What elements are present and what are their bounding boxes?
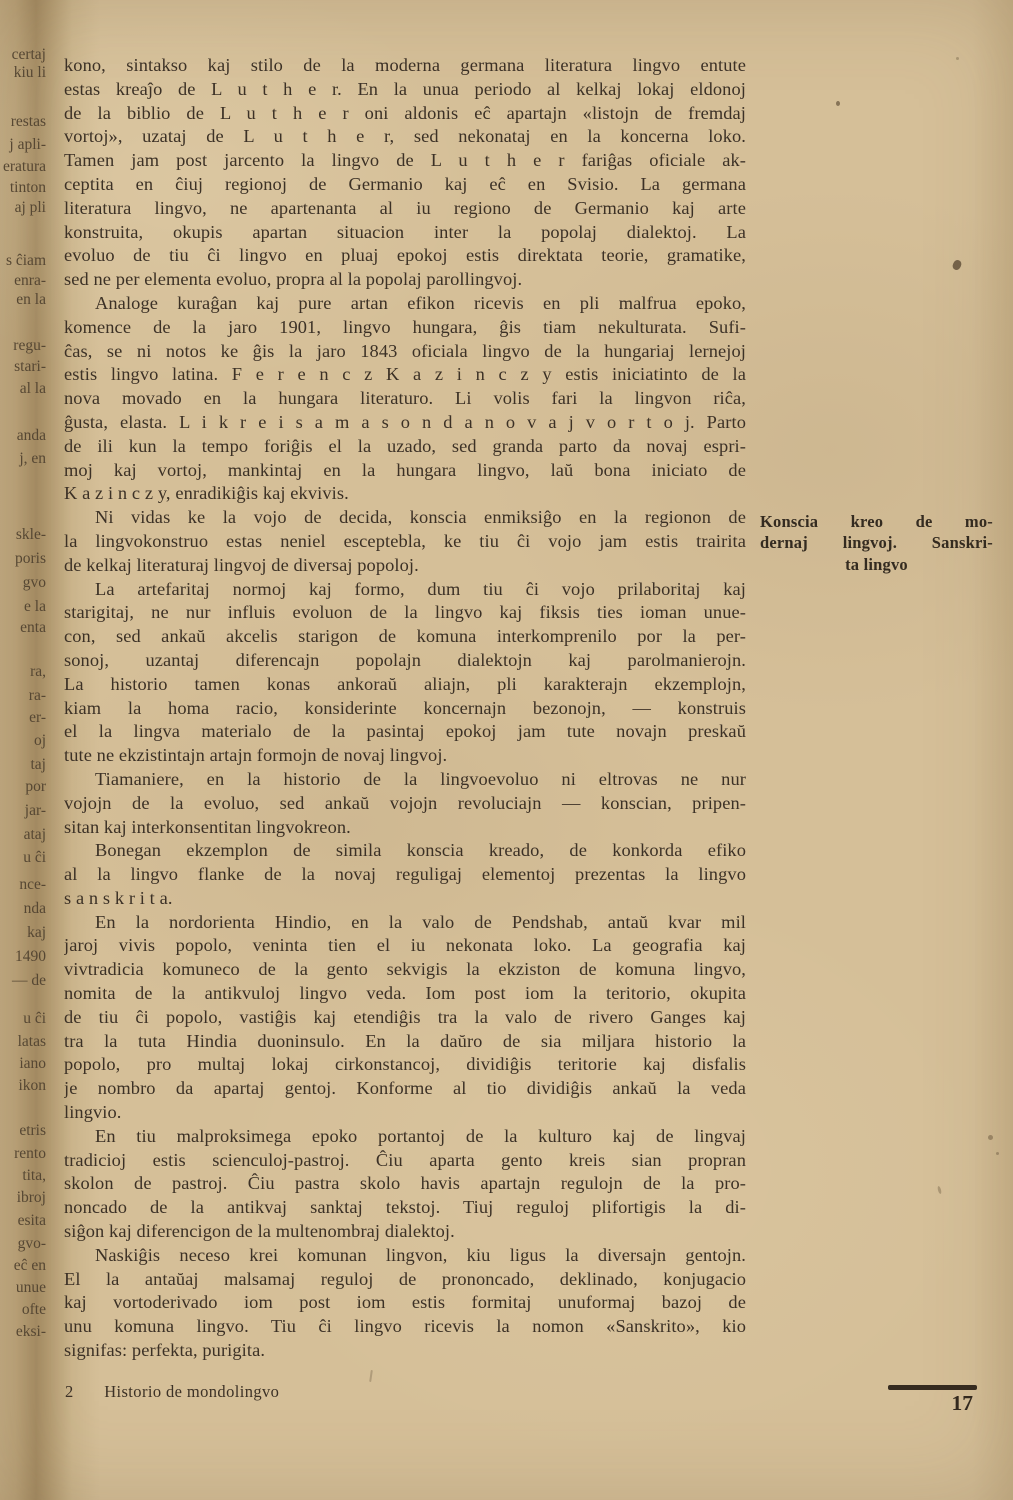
- text-line: komence de la jaro 1901, lingvo hungara,…: [64, 316, 746, 340]
- text-line: kiam la homa racio, konsiderinte koncern…: [64, 697, 746, 721]
- book-page: certajkiu lirestasj apli-eraturatintonaj…: [0, 0, 1013, 1500]
- text-line: ceptita en ĉiuj regionoj de Germanio kaj…: [64, 173, 746, 197]
- spine-fragment: nce-: [19, 876, 46, 893]
- paper-speck: [956, 57, 959, 60]
- text-line: En la nordorienta Hindio, en la valo de …: [64, 911, 746, 935]
- spine-fragment: stari-: [14, 358, 46, 375]
- text-line: skolon de pastroj. Ĉiu pastra skolo havi…: [64, 1172, 746, 1196]
- spine-gutter: certajkiu lirestasj apli-eraturatintonaj…: [0, 0, 54, 1500]
- spine-fragment: kaj: [27, 924, 46, 941]
- spine-fragment: — de: [12, 972, 46, 989]
- spine-fragment: etris: [19, 1122, 46, 1139]
- page-number-rule: [888, 1385, 977, 1390]
- spine-fragment: ra,: [30, 663, 46, 680]
- spine-fragment: u ĉi: [23, 1010, 46, 1027]
- text-line: je nombro da apartaj gentoj. Konforme al…: [64, 1077, 746, 1101]
- spine-fragment: ikon: [18, 1077, 46, 1094]
- spine-fragment: nda: [24, 900, 46, 917]
- spine-fragment: ibroj: [17, 1189, 46, 1206]
- spine-fragment: ra-: [29, 687, 46, 704]
- text-line: konstruita, okupis apartan situacion int…: [64, 221, 746, 245]
- spine-fragment: e la: [24, 598, 46, 615]
- margin-note-line: dernaj lingvoj. Sanskri-: [760, 532, 993, 553]
- text-line: de ili kun la tempo foriĝis el la uzado,…: [64, 435, 746, 459]
- spine-fragment: por: [25, 778, 46, 795]
- spine-fragment: jar-: [25, 802, 46, 819]
- text-line: sonoj, uzantaj diferencajn popolajn dial…: [64, 649, 746, 673]
- text-line: popolo, pro multaj lokaj cirkonstancoj, …: [64, 1053, 746, 1077]
- spine-fragment: j apli-: [9, 136, 46, 153]
- text-line: evoluo de tiu ĉi lingvo en pluaj epokoj …: [64, 244, 746, 268]
- spine-fragment: j, en: [19, 450, 46, 467]
- spine-fragment: iano: [19, 1055, 46, 1072]
- spine-fragment: en la: [16, 291, 46, 308]
- text-line: vojojn de la evoluo, sed ankaŭ vojojn re…: [64, 792, 746, 816]
- text-line: La artefaritaj normoj kaj formo, dum tiu…: [64, 578, 746, 602]
- text-line: nova movado en la hungara literaturo. Li…: [64, 387, 746, 411]
- margin-note-line: Konscia kreo de mo-: [760, 511, 993, 532]
- spine-fragment: taj: [31, 756, 47, 773]
- text-line: estis lingvo latina. F e r e n c z K a z…: [64, 363, 746, 387]
- paper-speck: [369, 1370, 373, 1382]
- footer-signature-number: 2: [65, 1382, 74, 1401]
- spine-fragment: eĉ en: [14, 1257, 46, 1274]
- text-line: noncado de la antikvaj sanktaj tekstoj. …: [64, 1196, 746, 1220]
- footer-running-title: Historio de mondolingvo: [104, 1382, 279, 1401]
- paper-speck: [996, 1152, 999, 1155]
- text-line: vortoj», uzataj de L u t h e r, sed neko…: [64, 125, 746, 149]
- text-line: vivtradicia komuneco de la gento sekvigi…: [64, 958, 746, 982]
- spine-fragment: ataj: [24, 826, 46, 843]
- text-line: el la lingva materialo de la pasintaj ep…: [64, 720, 746, 744]
- page-number: 17: [888, 1391, 973, 1416]
- text-line: signifas: perfekta, purigita.: [64, 1339, 746, 1363]
- text-line: estas kreaĵo de L u t h e r. En la unua …: [64, 78, 746, 102]
- text-line: s a n s k r i t a.: [64, 887, 746, 911]
- text-line: moj kaj vortoj, mankintaj en la hungara …: [64, 459, 746, 483]
- text-line: kaj vortoderivado iom post iom estis for…: [64, 1291, 746, 1315]
- spine-fragment: gvo-: [18, 1235, 46, 1252]
- text-line: En tiu malproksimega epoko portantoj de …: [64, 1125, 746, 1149]
- text-line: Analoge kuraĝan kaj pure artan efikon ri…: [64, 292, 746, 316]
- text-line: tute ne ekzistintajn artajn formojn de n…: [64, 744, 746, 768]
- spine-fragment: al la: [20, 380, 46, 397]
- text-line: La historio tamen konas ankoraŭ aliajn, …: [64, 673, 746, 697]
- spine-fragment: u ĉi: [23, 849, 46, 866]
- text-line: nomita de la antikvuloj lingvo veda. Iom…: [64, 982, 746, 1006]
- text-line: con, sed ankaŭ akcelis starigon de komun…: [64, 625, 746, 649]
- spine-fragment: kiu li: [14, 64, 46, 81]
- text-line: ĉas, se ni notos ke ĝis la jaro 1843 ofi…: [64, 340, 746, 364]
- margin-note: Konscia kreo de mo-dernaj lingvoj. Sansk…: [760, 511, 993, 575]
- spine-fragment: regu-: [13, 337, 46, 354]
- text-line: kono, sintakso kaj stilo de la moderna g…: [64, 54, 746, 78]
- paper-speck: [988, 1135, 993, 1140]
- spine-fragment: tita,: [22, 1167, 46, 1184]
- paper-speck: [951, 259, 962, 271]
- text-line: de la biblio de L u t h e r oni aldonis …: [64, 102, 746, 126]
- text-line: El la antaŭaj malsamaj reguloj de pronon…: [64, 1268, 746, 1292]
- text-line: Ni vidas ke la vojo de decida, konscia e…: [64, 506, 746, 530]
- spine-fragment: certaj: [12, 46, 46, 63]
- footer: 2 Historio de mondolingvo: [65, 1382, 279, 1402]
- text-line: de tiu ĉi popolo, vastiĝis kaj etendiĝis…: [64, 1006, 746, 1030]
- spine-fragment: ofte: [22, 1301, 46, 1318]
- spine-fragment: latas: [18, 1033, 46, 1050]
- text-line: literatura lingvo, ne apartenanta al iu …: [64, 197, 746, 221]
- text-line: Tiamaniere, en la historio de la lingvoe…: [64, 768, 746, 792]
- spine-fragment: enra-: [14, 272, 46, 289]
- spine-fragment: eksi-: [16, 1323, 46, 1340]
- text-line: Tamen jam post jarcento la lingvo de L u…: [64, 149, 746, 173]
- text-line: sitan kaj interkonsentitan lingvokreon.: [64, 816, 746, 840]
- text-line: lingvio.: [64, 1101, 746, 1125]
- text-line: tradicioj estis scienculoj-pastroj. Ĉiu …: [64, 1149, 746, 1173]
- spine-fragment: enta: [20, 619, 46, 636]
- paper-speck: [836, 101, 840, 106]
- text-line: sed ne per elementa evoluo, propra al la…: [64, 268, 746, 292]
- spine-fragment: anda: [17, 427, 46, 444]
- text-line: siĝon kaj diferencigon de la multenombra…: [64, 1220, 746, 1244]
- body-text: kono, sintakso kaj stilo de la moderna g…: [64, 54, 746, 1363]
- text-line: de kelkaj literaturaj lingvoj de diversa…: [64, 554, 746, 578]
- text-line: Bonegan ekzemplon de simila konscia krea…: [64, 839, 746, 863]
- text-line: al la lingvo flanke de la novaj reguliga…: [64, 863, 746, 887]
- text-line: K a z i n c z y, enradikiĝis kaj ekvivis…: [64, 482, 746, 506]
- text-line: ĝusta, elasta. L i k r e i s a m a s o n…: [64, 411, 746, 435]
- spine-fragment: oj: [34, 732, 46, 749]
- text-line: la lingvokonstruo estas neniel esceptebl…: [64, 530, 746, 554]
- spine-fragment: restas: [11, 113, 46, 130]
- spine-fragment: gvo: [23, 574, 46, 591]
- text-line: Naskiĝis neceso krei komunan lingvon, ki…: [64, 1244, 746, 1268]
- text-line: jaroj vivis popolo, veninta tien el iu n…: [64, 934, 746, 958]
- spine-fragment: 1490: [15, 948, 46, 965]
- spine-fragment: s ĉiam: [6, 252, 46, 269]
- spine-fragment: tinton: [10, 179, 46, 196]
- spine-fragment: rento: [14, 1145, 46, 1162]
- text-line: tra la tuta Hindia duoninsulo. En la daŭ…: [64, 1030, 746, 1054]
- text-line: unu komuna lingvo. Tiu ĉi lingvo ricevis…: [64, 1315, 746, 1339]
- spine-fragment: eratura: [3, 158, 46, 175]
- spine-fragment: poris: [15, 550, 46, 567]
- paper-speck: [937, 1186, 942, 1195]
- spine-fragment: esita: [18, 1212, 46, 1229]
- margin-note-line: ta lingvo: [760, 554, 993, 575]
- spine-fragment: skle-: [16, 526, 46, 543]
- spine-fragment: aj pli: [15, 199, 46, 216]
- spine-fragment: unue: [16, 1279, 46, 1296]
- spine-fragment: er-: [29, 709, 46, 726]
- text-line: starigitaj, ne nur influis evoluon de la…: [64, 601, 746, 625]
